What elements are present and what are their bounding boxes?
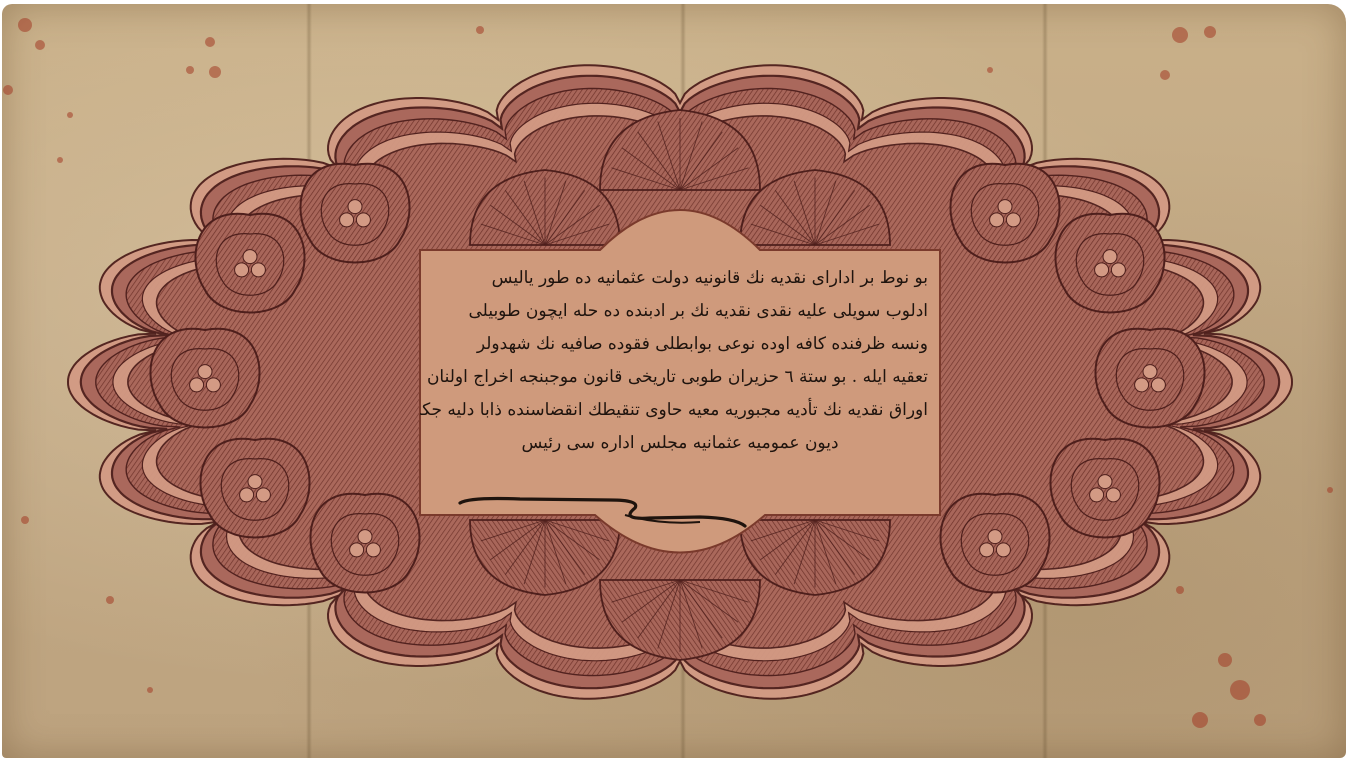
text-line: ادلوب سویلی علیه نقدی نقدیه نك بر ادبنده…: [420, 295, 940, 328]
text-line: بو نوط بر ادارای نقدیه نك قانونیه دولت ع…: [420, 262, 940, 295]
text-line: اوراق نقدیه نك تأدیه مجبوریه معیه حاوی ت…: [420, 394, 940, 427]
cartouche-text: بو نوط بر ادارای نقدیه نك قانونیه دولت ع…: [420, 262, 940, 512]
text-line: دیون عمومیه عثمانیه مجلس اداره سی رئیس: [420, 427, 940, 460]
text-line: ونسه ظرفنده کافه اوده نوعی بوابطلی فقوده…: [420, 328, 940, 361]
text-line: تعقیه ایله . بو ستة ٦ حزیران طوبی تاریخی…: [420, 361, 940, 394]
banknote: بو نوط بر ادارای نقدیه نك قانونیه دولت ع…: [0, 0, 1348, 762]
